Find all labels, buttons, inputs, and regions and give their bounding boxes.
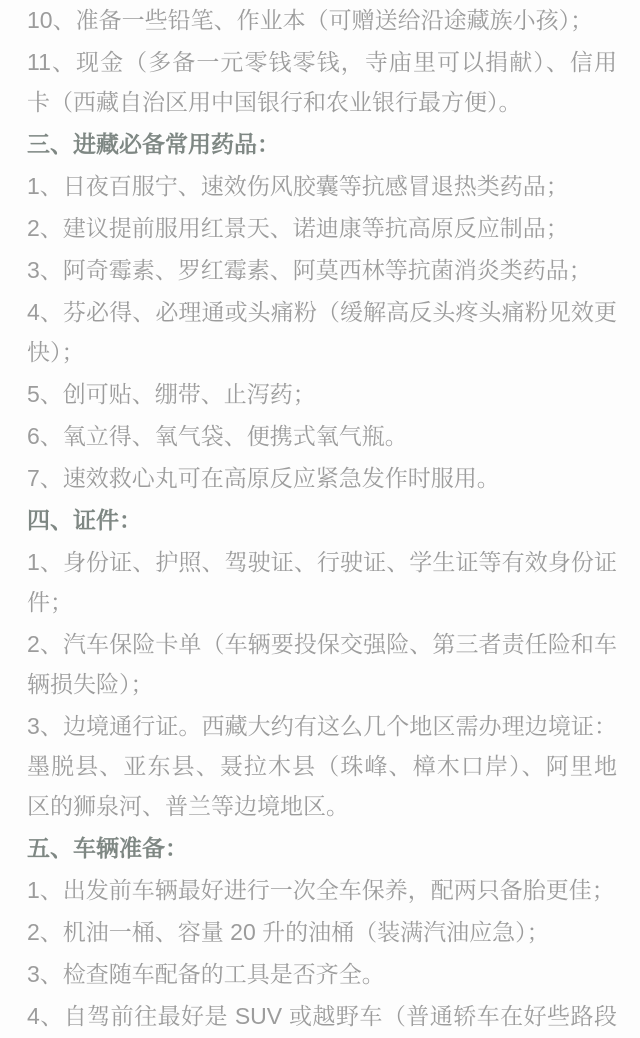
list-item: 3、阿奇霉素、罗红霉素、阿莫西林等抗菌消炎类药品； [27,250,617,290]
text-line: 墨脱县、亚东县、聂拉木县（珠峰、樟木口岸）、阿里地 [27,746,617,786]
list-item: 11、现金（多备一元零钱零钱，寺庙里可以捐献）、信用 卡（西藏自治区用中国银行和… [27,42,617,122]
list-item: 2、机油一桶、容量 20 升的油桶（装满汽油应急）； [27,912,617,952]
list-item: 1、日夜百服宁、速效伤风胶囊等抗感冒退热类药品； [27,166,617,206]
document: 10、准备一些铅笔、作业本（可赠送给沿途藏族小孩）； 11、现金（多备一元零钱零… [0,0,640,1036]
text-line: 三、进藏必备常用药品： [27,124,617,164]
list-item: 3、检查随车配备的工具是否齐全。 [27,954,617,994]
text-line: 四、证件： [27,500,617,540]
list-item: 10、准备一些铅笔、作业本（可赠送给沿途藏族小孩）； [27,0,617,40]
text-line: 卡（西藏自治区用中国银行和农业银行最方便）。 [27,82,617,122]
text-line: 1、身份证、护照、驾驶证、行驶证、学生证等有效身份证 [27,542,617,582]
list-item: 7、速效救心丸可在高原反应紧急发作时服用。 [27,458,617,498]
text-line: 辆损失险）； [27,664,617,704]
list-item: 1、出发前车辆最好进行一次全车保养，配两只备胎更佳； [27,870,617,910]
list-item: 4、自驾前往最好是 SUV 或越野车（普通轿车在好些路段 [27,996,617,1036]
text-line: 区的狮泉河、普兰等边境地区。 [27,786,617,826]
text-line: 3、阿奇霉素、罗红霉素、阿莫西林等抗菌消炎类药品； [27,250,617,290]
text-line: 2、建议提前服用红景天、诺迪康等抗高原反应制品； [27,208,617,248]
text-line: 4、芬必得、必理通或头痛粉（缓解高反头疼头痛粉见效更 [27,292,617,332]
text-line: 五、车辆准备： [27,828,617,868]
section-heading-medicines: 三、进藏必备常用药品： [27,124,617,164]
text-line: 7、速效救心丸可在高原反应紧急发作时服用。 [27,458,617,498]
text-line: 2、机油一桶、容量 20 升的油桶（装满汽油应急）； [27,912,617,952]
text-line: 1、出发前车辆最好进行一次全车保养，配两只备胎更佳； [27,870,617,910]
list-item: 2、建议提前服用红景天、诺迪康等抗高原反应制品； [27,208,617,248]
text-line: 2、汽车保险卡单（车辆要投保交强险、第三者责任险和车 [27,624,617,664]
text-line: 4、自驾前往最好是 SUV 或越野车（普通轿车在好些路段 [27,996,617,1036]
section-heading-vehicle: 五、车辆准备： [27,828,617,868]
text-line: 件； [27,582,617,622]
section-heading-documents: 四、证件： [27,500,617,540]
text-line: 快）； [27,332,617,372]
text-line: 10、准备一些铅笔、作业本（可赠送给沿途藏族小孩）； [27,0,617,40]
list-item: 6、氧立得、氧气袋、便携式氧气瓶。 [27,416,617,456]
text-line: 3、边境通行证。西藏大约有这么几个地区需办理边境证： [27,706,617,746]
list-item: 1、身份证、护照、驾驶证、行驶证、学生证等有效身份证 件； [27,542,617,622]
list-item: 5、创可贴、绷带、止泻药； [27,374,617,414]
text-line: 11、现金（多备一元零钱零钱，寺庙里可以捐献）、信用 [27,42,617,82]
text-line: 6、氧立得、氧气袋、便携式氧气瓶。 [27,416,617,456]
text-line: 5、创可贴、绷带、止泻药； [27,374,617,414]
text-line: 1、日夜百服宁、速效伤风胶囊等抗感冒退热类药品； [27,166,617,206]
text-line: 3、检查随车配备的工具是否齐全。 [27,954,617,994]
list-item: 2、汽车保险卡单（车辆要投保交强险、第三者责任险和车 辆损失险）； [27,624,617,704]
list-item: 3、边境通行证。西藏大约有这么几个地区需办理边境证： 墨脱县、亚东县、聂拉木县（… [27,706,617,826]
list-item: 4、芬必得、必理通或头痛粉（缓解高反头疼头痛粉见效更 快）； [27,292,617,372]
